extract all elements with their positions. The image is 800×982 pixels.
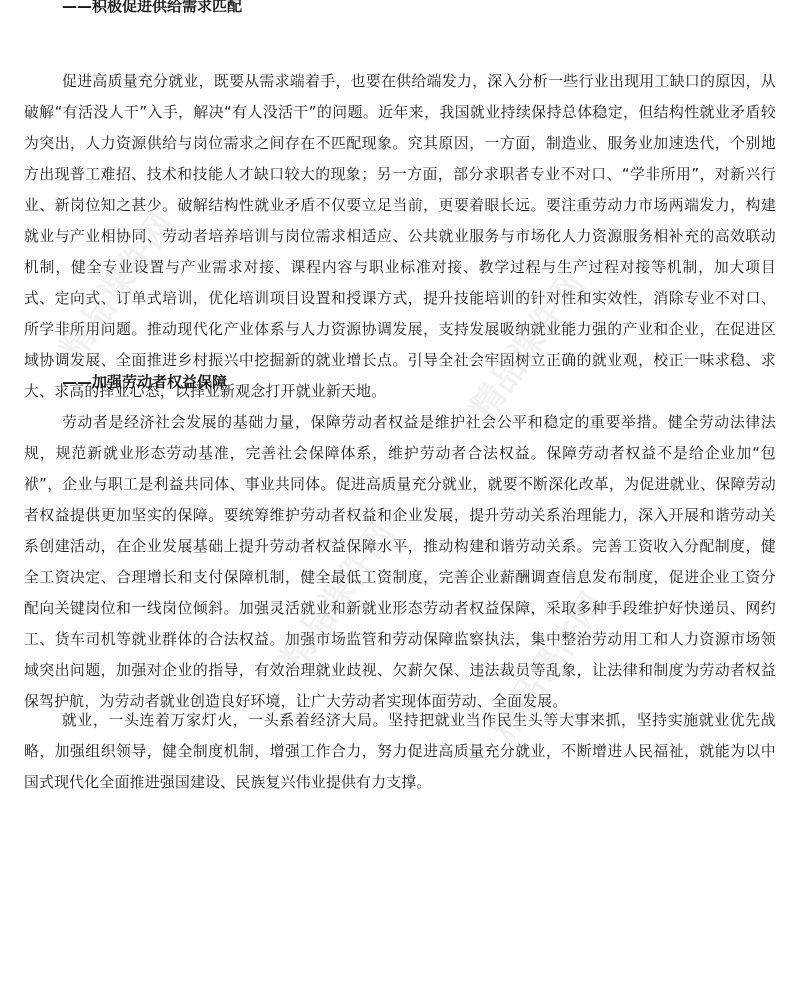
section-heading-supply-demand: ——积极促进供给需求匹配 <box>24 0 242 16</box>
section-heading-worker-rights: ——加强劳动者权益保障 <box>24 372 227 392</box>
paragraph-worker-rights: 劳动者是经济社会发展的基础力量，保障劳动者权益是维护社会公平和稳定的重要举措。健… <box>24 407 776 717</box>
paragraph-conclusion: 就业，一头连着万家灯火，一头系着经济大局。坚持把就业当作民生头等大事来抓，坚持实… <box>24 705 776 798</box>
paragraph-supply-demand: 促进高质量充分就业，既要从需求端着手，也要在供给端发力，深入分析一些行业出现用工… <box>24 66 776 407</box>
